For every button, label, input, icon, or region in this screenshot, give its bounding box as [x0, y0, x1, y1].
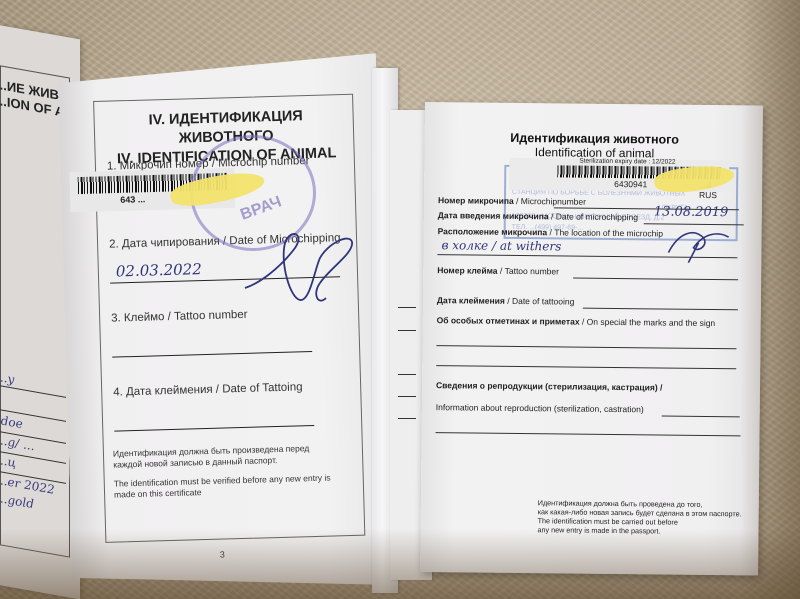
shadow	[740, 0, 800, 599]
microchip-number-value: 643 ...	[120, 194, 145, 205]
vet-signature	[663, 223, 733, 264]
microchip-location-value: в холке / at withers	[441, 238, 561, 253]
microchipping-date-value: 13.08.2019	[654, 204, 729, 220]
page-heading: Идентификация животного Identification o…	[474, 131, 714, 162]
shadow	[0, 529, 800, 599]
field-tattoo-date: Дата клеймения / Date of tattooing	[437, 295, 575, 306]
microchip-number-value: 6430941	[614, 179, 647, 189]
handwritten-entry: ...ц	[0, 453, 16, 470]
microchipping-date-value: 02.03.2022	[116, 260, 202, 280]
passport-identification-page: Идентификация животного Identification o…	[420, 102, 763, 576]
field-reproduction-ru: Сведения о репродукции (стерилизация, ка…	[436, 380, 662, 392]
sterilization-expiry: Sterilization expiry date : 12/2022	[579, 158, 675, 166]
field-tattoo-number: Номер клейма / Tattoo number	[437, 265, 559, 276]
vet-signature	[240, 228, 360, 308]
field-microchipping-date: Дата введения микрочипа / Date of microc…	[438, 210, 638, 222]
handwritten-entry: ...y	[0, 370, 14, 387]
field-microchip-location: Расположение микрочипа / The location of…	[438, 226, 663, 238]
passport-page-3: IV. ИДЕНТИФИКАЦИЯ ЖИВОТНОГО IV. IDENTIFI…	[58, 53, 391, 594]
field-reproduction-en: Information about reproduction (steriliz…	[436, 402, 644, 414]
field-microchip-number: Номер микрочипа / Microchipnumber	[438, 195, 586, 207]
field-special-marks: Об особых отметинах и приметах / On spec…	[437, 315, 716, 328]
